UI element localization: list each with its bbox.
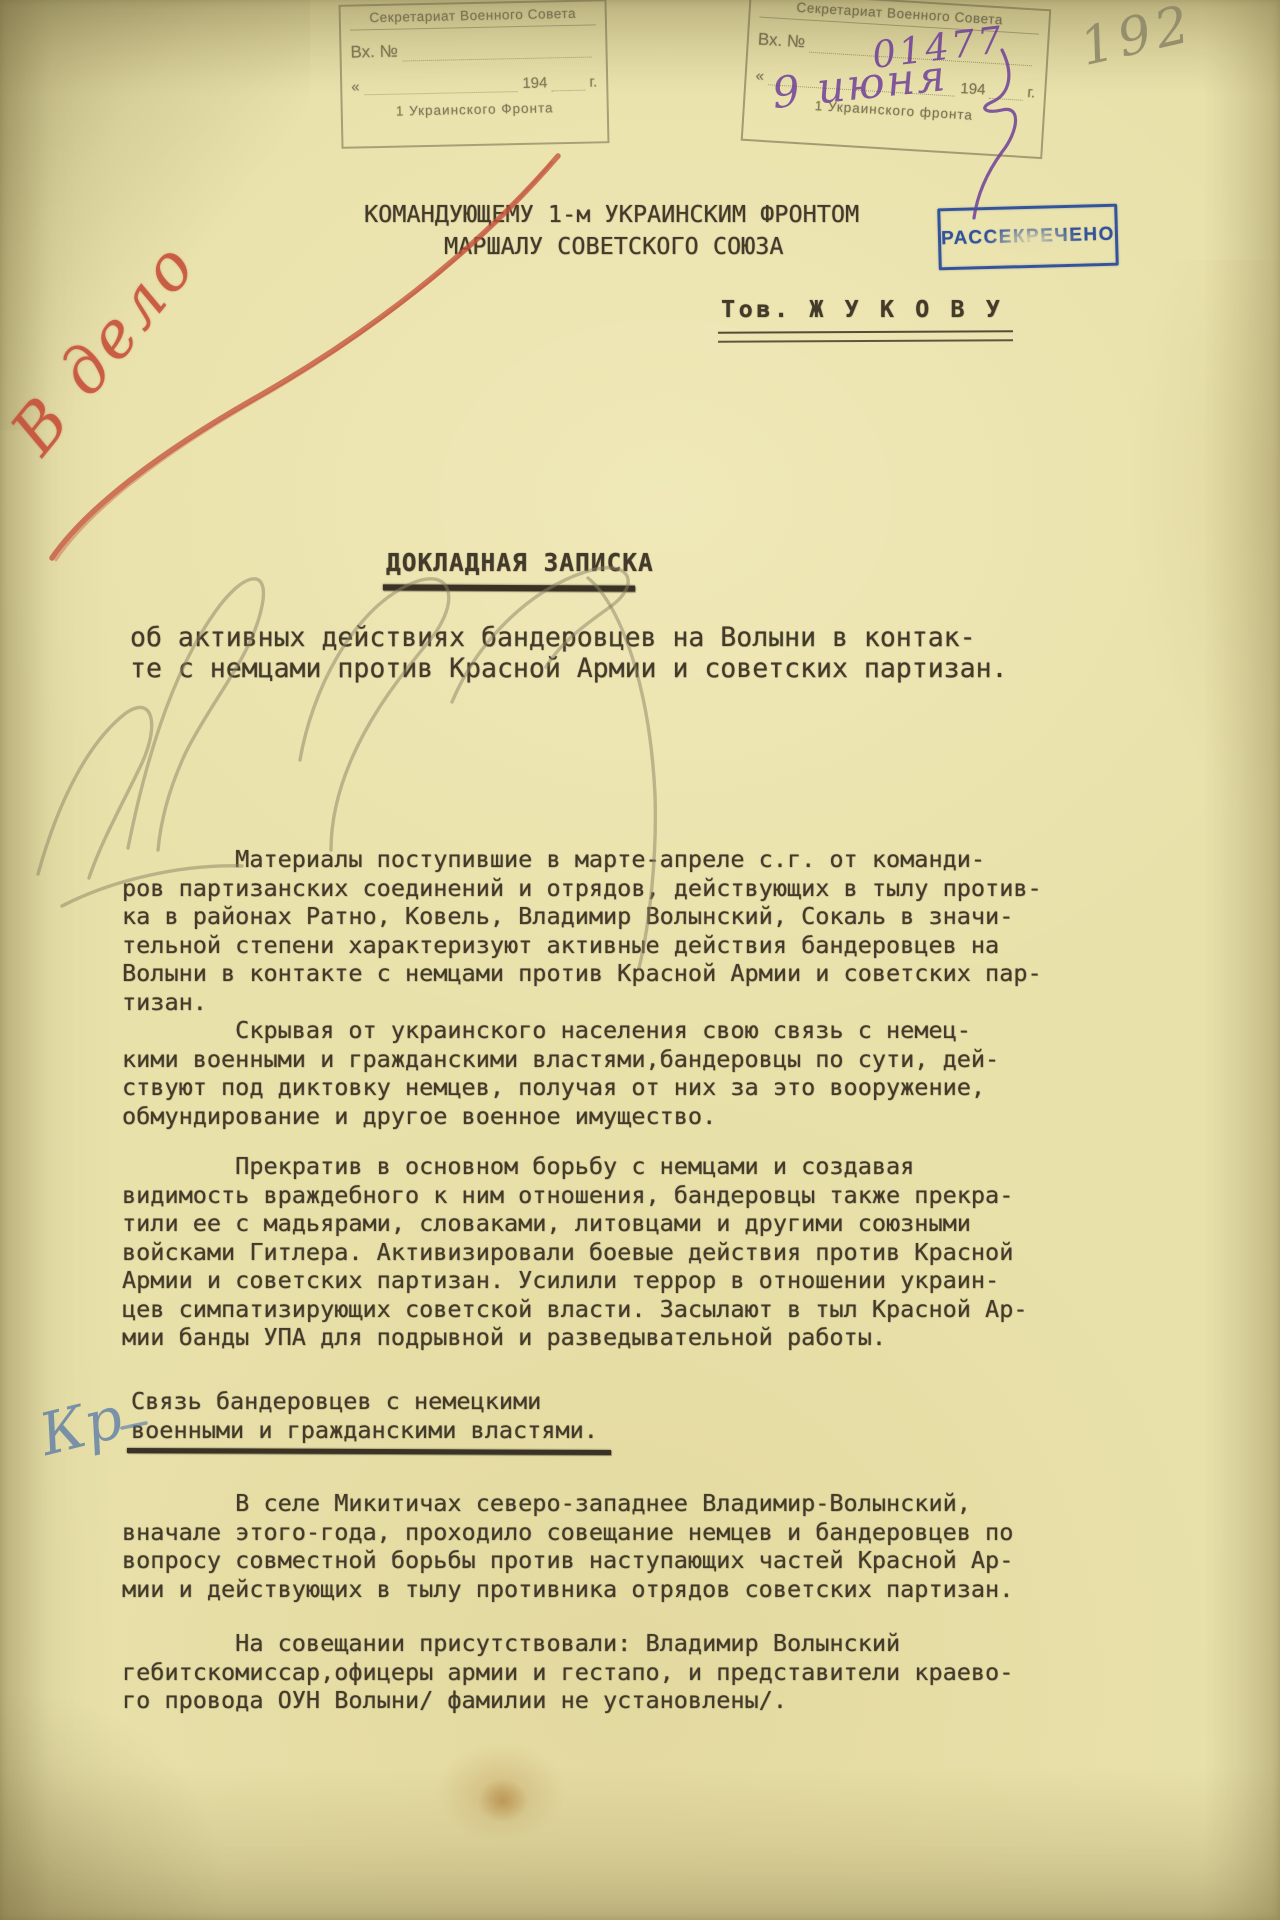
corner-page-number: 192 bbox=[1075, 0, 1200, 78]
section-heading-underline bbox=[127, 1448, 611, 1455]
paragraph-2: Скрывая от украинского населения свою св… bbox=[122, 1016, 999, 1130]
stamp-year-label: 194 bbox=[522, 74, 547, 92]
paragraph-5: На совещании присутствовали: Владимир Во… bbox=[122, 1629, 1013, 1715]
recipient-line-1: КОМАНДУЮЩЕМУ 1-м УКРАИНСКИМ ФРОНТОМ bbox=[364, 200, 859, 229]
addressee-double-underline bbox=[718, 330, 1013, 343]
recipient-line-2: МАРШАЛУ СОВЕТСКОГО СОЮЗА bbox=[444, 232, 784, 261]
stain-bottom-core bbox=[478, 1780, 528, 1822]
stamp-quote-mark: « bbox=[351, 78, 360, 95]
paragraph-1: Материалы поступившие в марте-апреле с.г… bbox=[122, 845, 1042, 1016]
stamp-dotted-line bbox=[403, 42, 592, 62]
section-heading: Связь бандеровцев с немецкими военными и… bbox=[131, 1387, 598, 1445]
stamp-year-suffix: г. bbox=[1027, 84, 1036, 101]
document-title: ДОКЛАДНАЯ ЗАПИСКА bbox=[386, 549, 654, 578]
blue-margin-mark: Кр bbox=[33, 1383, 129, 1469]
stamp-dotted-line bbox=[551, 75, 585, 92]
registration-stamp-left: Секретариат Военного Совета Вх. № « 194 … bbox=[339, 0, 610, 149]
edge-blotch-right bbox=[1130, 260, 1280, 820]
paragraph-4: В селе Микитичах северо-западнее Владими… bbox=[122, 1489, 1013, 1603]
stamp-org-label: Секретариат Военного Совета bbox=[350, 5, 596, 30]
red-annotation-note: В дело bbox=[0, 228, 212, 468]
stamp-front-label: 1 Украинского Фронта bbox=[352, 99, 598, 119]
declassified-stamp: РАССЕКРЕЧЕНО bbox=[937, 204, 1119, 271]
corner-shadow-bottom-left bbox=[0, 1690, 230, 1920]
document-page: Секретариат Военного Совета Вх. № « 194 … bbox=[0, 0, 1280, 1920]
stain-bottom bbox=[436, 1742, 566, 1842]
stamp-incoming-label: Вх. № bbox=[350, 42, 398, 63]
document-subtitle: об активных действиях бандеровцев на Вол… bbox=[130, 622, 1008, 684]
stamp-year-suffix: г. bbox=[589, 73, 597, 90]
stamp-quote-mark: « bbox=[755, 67, 764, 84]
stamp-year-label: 194 bbox=[960, 80, 986, 98]
stamp-fade-patch bbox=[940, 207, 1115, 268]
stamp-incoming-label: Вх. № bbox=[757, 30, 805, 53]
title-underline bbox=[383, 584, 635, 591]
addressee: Тов. Ж У К О В У bbox=[721, 295, 1003, 324]
paragraph-3: Прекратив в основном борьбу с немцами и … bbox=[122, 1152, 1027, 1352]
stamp-dotted-line bbox=[364, 76, 517, 95]
stamp-dotted-line bbox=[989, 83, 1024, 101]
